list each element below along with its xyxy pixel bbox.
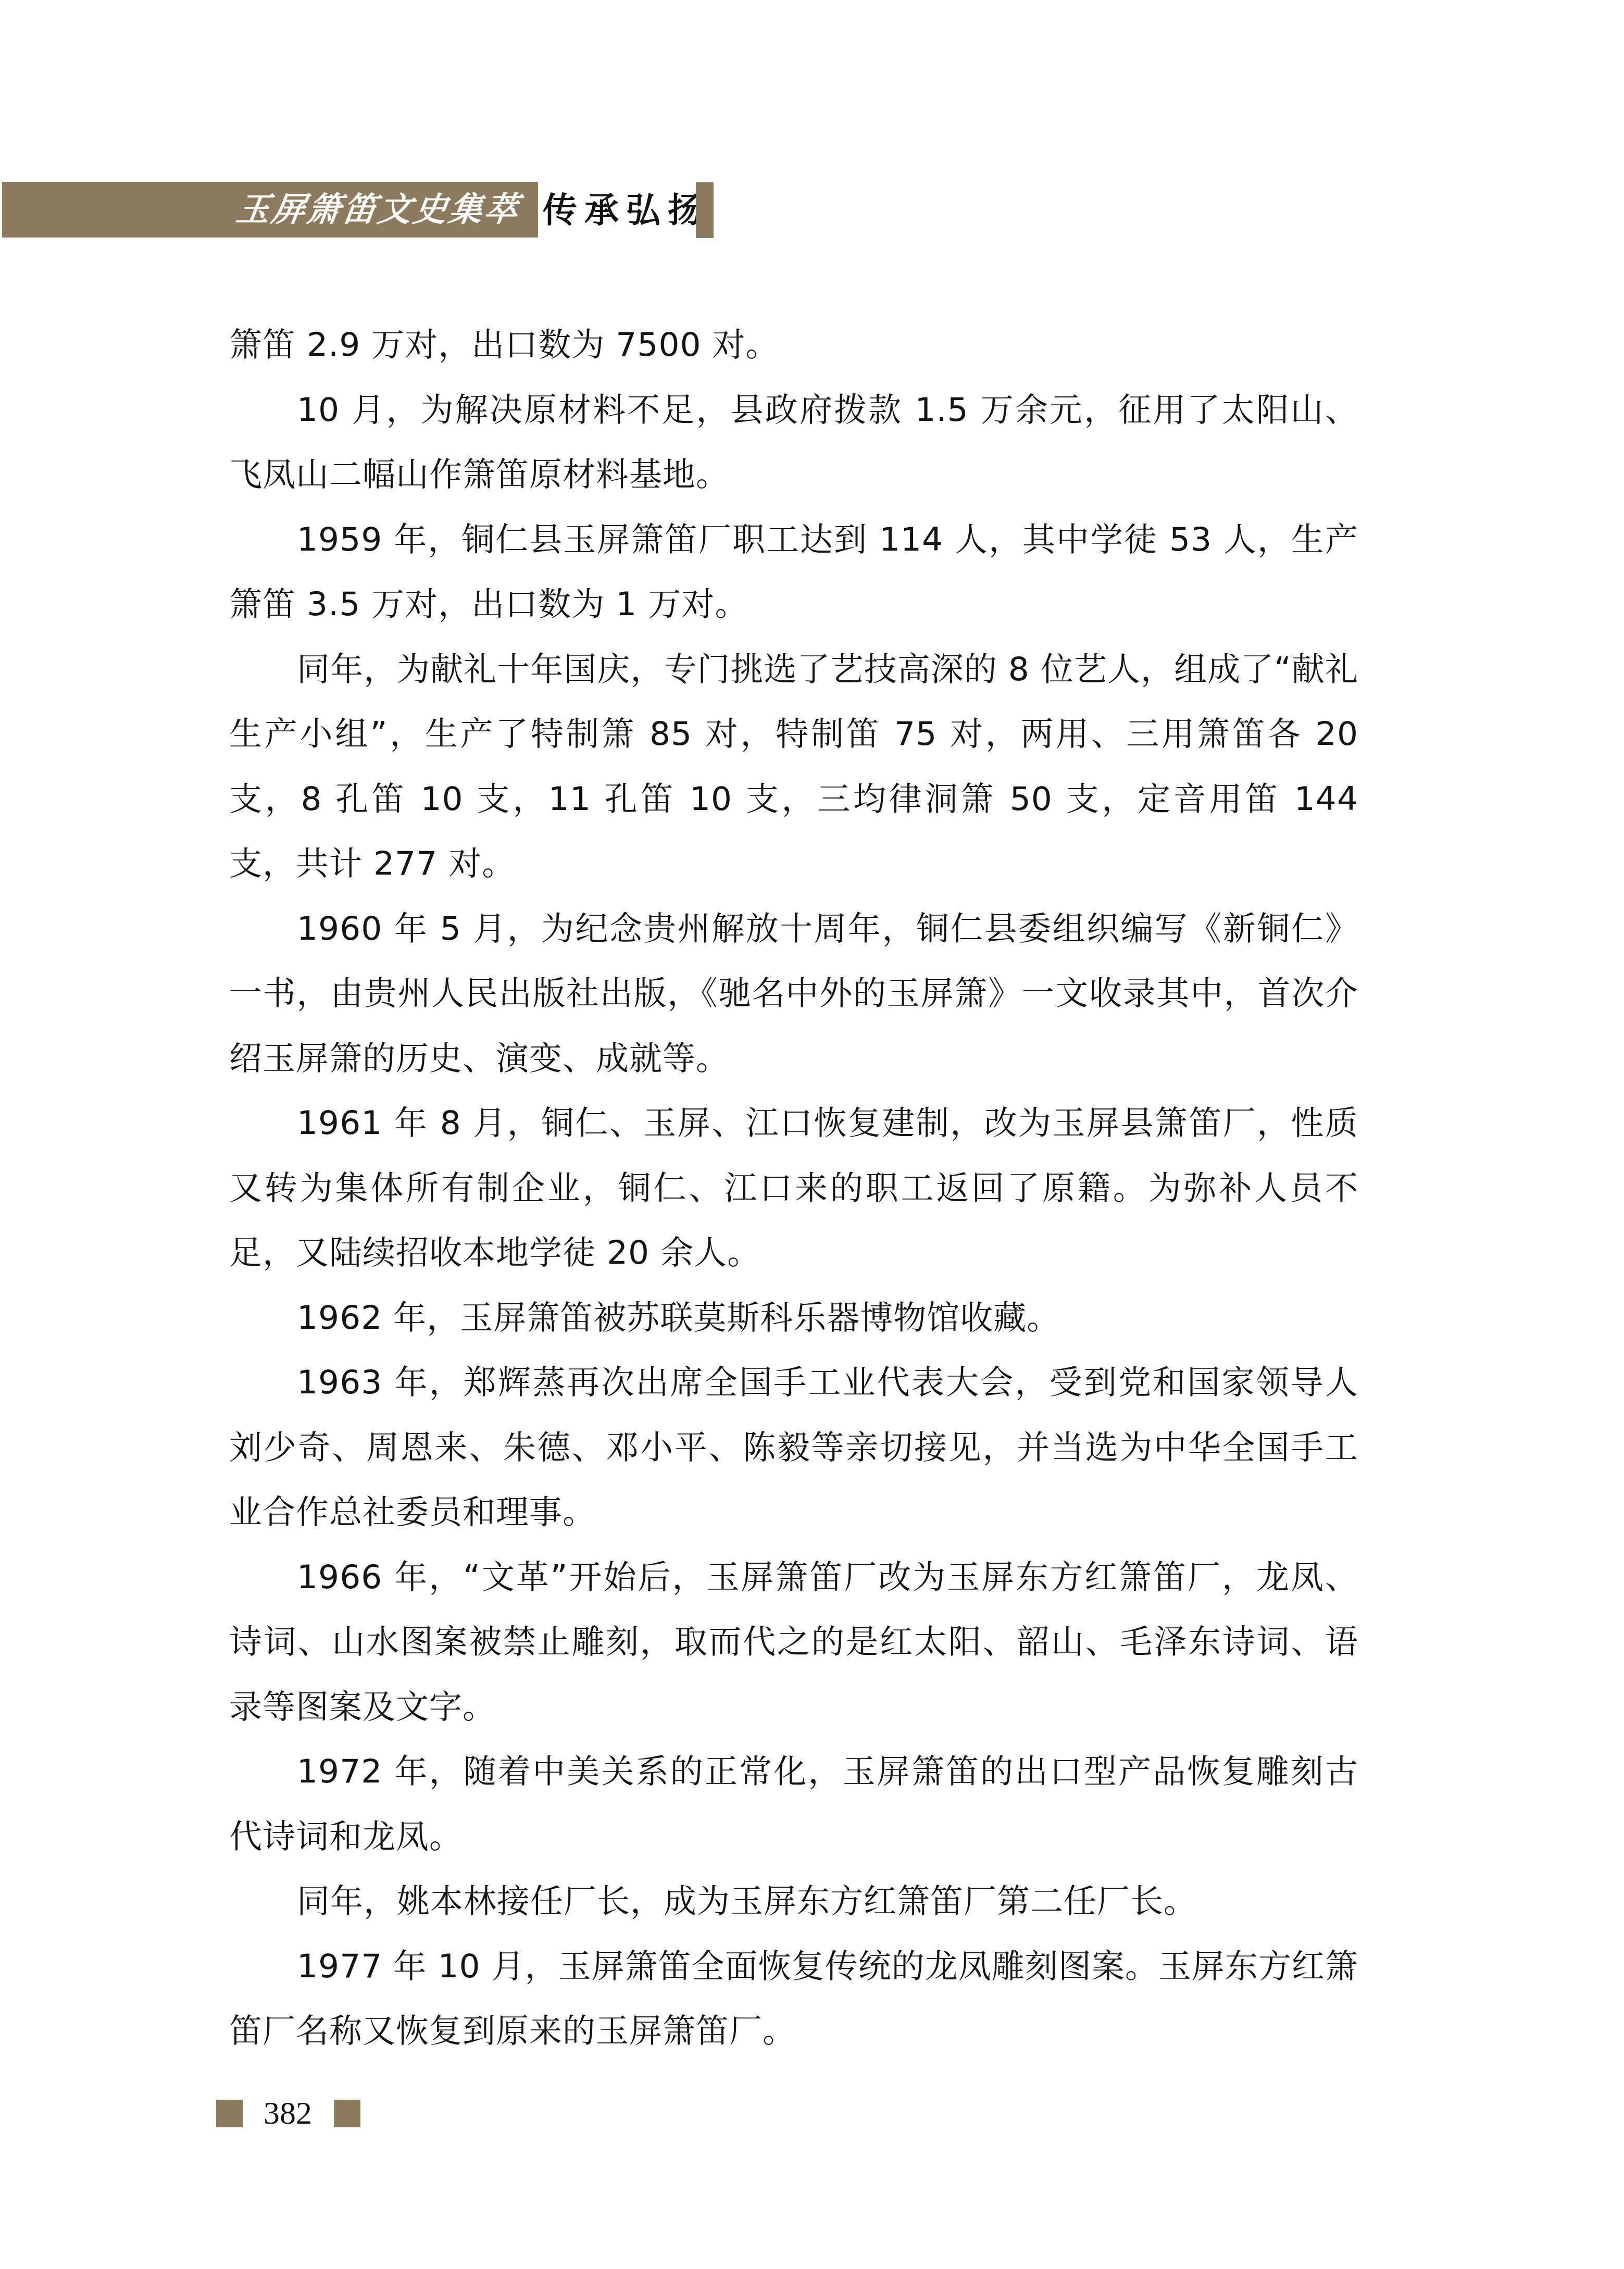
paragraph: 1959 年，铜仁县玉屏箫笛厂职工达到 114 人，其中学徒 53 人，生产箫笛… xyxy=(229,507,1358,637)
paragraph: 1963 年，郑辉蒸再次出席全国手工业代表大会，受到党和国家领导人刘少奇、周恩来… xyxy=(229,1350,1358,1545)
paragraph: 1972 年，随着中美关系的正常化，玉屏箫笛的出口型产品恢复雕刻古代诗词和龙凤。 xyxy=(229,1739,1358,1869)
book-title: 玉屏箫笛文史集萃 xyxy=(234,191,522,229)
paragraph: 同年，姚本林接任厂长，成为玉屏东方红箫笛厂第二任厂长。 xyxy=(229,1869,1358,1934)
page-footer: 382 xyxy=(216,2099,360,2127)
paragraph: 1962 年，玉屏箫笛被苏联莫斯科乐器博物馆收藏。 xyxy=(229,1286,1358,1351)
paragraph: 同年，为献礼十年国庆，专门挑选了艺技高深的 8 位艺人，组成了“献礼生产小组”，… xyxy=(229,637,1358,896)
body-text: 箫笛 2.9 万对，出口数为 7500 对。 10 月，为解决原材料不足，县政府… xyxy=(229,313,1358,2064)
paragraph: 10 月，为解决原材料不足，县政府拨款 1.5 万余元，征用了太阳山、飞凤山二幅… xyxy=(229,378,1358,507)
section-title: 传承弘扬 xyxy=(543,186,709,233)
footer-square-left-icon xyxy=(216,2100,243,2127)
paragraph: 1960 年 5 月，为纪念贵州解放十周年，铜仁县委组织编写《新铜仁》一书，由贵… xyxy=(229,896,1358,1091)
paragraph: 箫笛 2.9 万对，出口数为 7500 对。 xyxy=(229,313,1358,378)
page-number: 382 xyxy=(264,2099,312,2127)
running-header-bar: 玉屏箫笛文史集萃 xyxy=(2,182,538,238)
header-accent-bar xyxy=(696,182,714,238)
footer-square-right-icon xyxy=(334,2100,360,2127)
paragraph: 1977 年 10 月，玉屏箫笛全面恢复传统的龙凤雕刻图案。玉屏东方红箫笛厂名称… xyxy=(229,1934,1358,2064)
paragraph: 1961 年 8 月，铜仁、玉屏、江口恢复建制，改为玉屏县箫笛厂，性质又转为集体… xyxy=(229,1091,1358,1286)
paragraph: 1966 年，“文革”开始后，玉屏箫笛厂改为玉屏东方红箫笛厂，龙凤、诗词、山水图… xyxy=(229,1545,1358,1740)
